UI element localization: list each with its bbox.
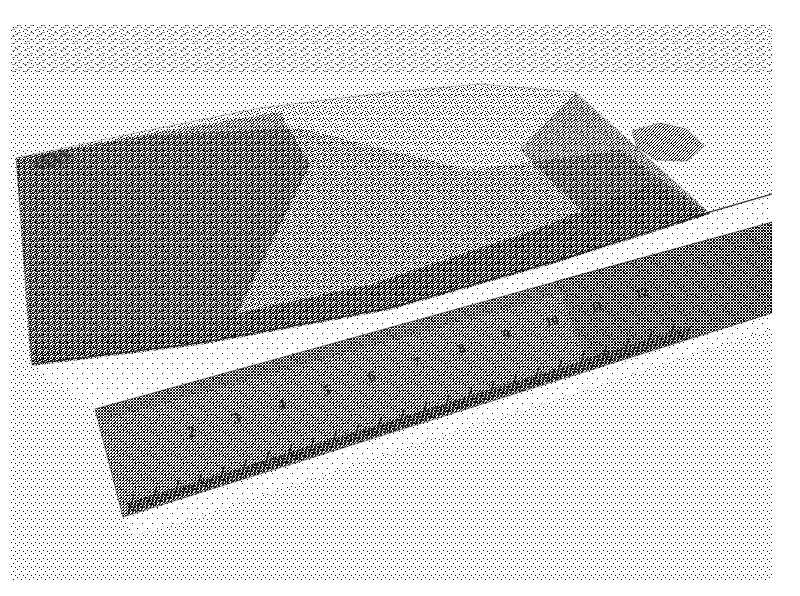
background-streaks xyxy=(10,24,772,74)
photo-area: 2 3 4 5 6 7 8 9 10 11 12 xyxy=(10,24,772,582)
photograph: 2 3 4 5 6 7 8 9 10 11 12 xyxy=(0,0,800,596)
scanned-page: 2 3 4 5 6 7 8 9 10 11 12 xyxy=(0,0,800,596)
